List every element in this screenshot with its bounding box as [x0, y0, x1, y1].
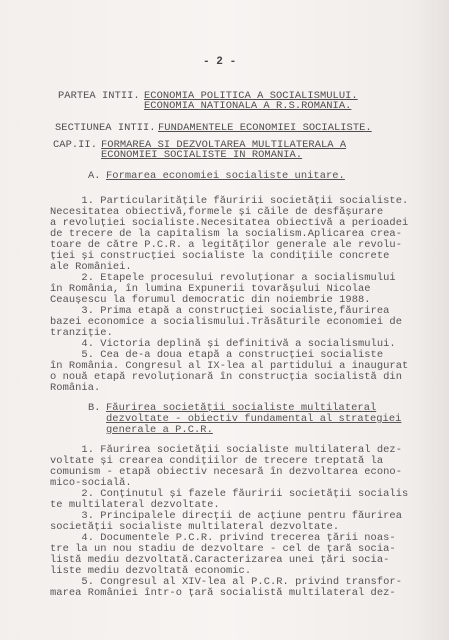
sectiunea-title: FUNDAMENTELE ECONOMIEI SOCIALISTE. — [158, 123, 372, 134]
sectiunea-label: SECTIUNEA INTII. — [55, 123, 156, 134]
cap-label: CAP.II. — [53, 140, 97, 151]
section-a-title: Formarea economiei socialiste unitare. — [106, 171, 345, 182]
section-b-label: B. — [88, 403, 101, 414]
section-b-line: marea României într-o țară socialistă mu… — [50, 588, 396, 599]
page-number: - 2 - — [203, 57, 236, 68]
cap-title-line-2: ECONOMIEI SOCIALISTE IN ROMANIA. — [101, 150, 302, 161]
section-a-line: o nouă etapă revoluționară în construcți… — [50, 372, 402, 383]
section-a-label: A. — [88, 171, 101, 182]
section-a-line: România. — [50, 383, 100, 394]
typewritten-page: - 2 - PARTEA INTII. ECONOMIA POLITICA A … — [0, 0, 449, 640]
section-b-title-line: generale a P.C.R. — [106, 425, 213, 436]
partea-title-line-2: ECONOMIA NATIONALA A R.S.ROMANIA. — [144, 101, 351, 112]
partea-label: PARTEA INTII. — [58, 91, 140, 102]
